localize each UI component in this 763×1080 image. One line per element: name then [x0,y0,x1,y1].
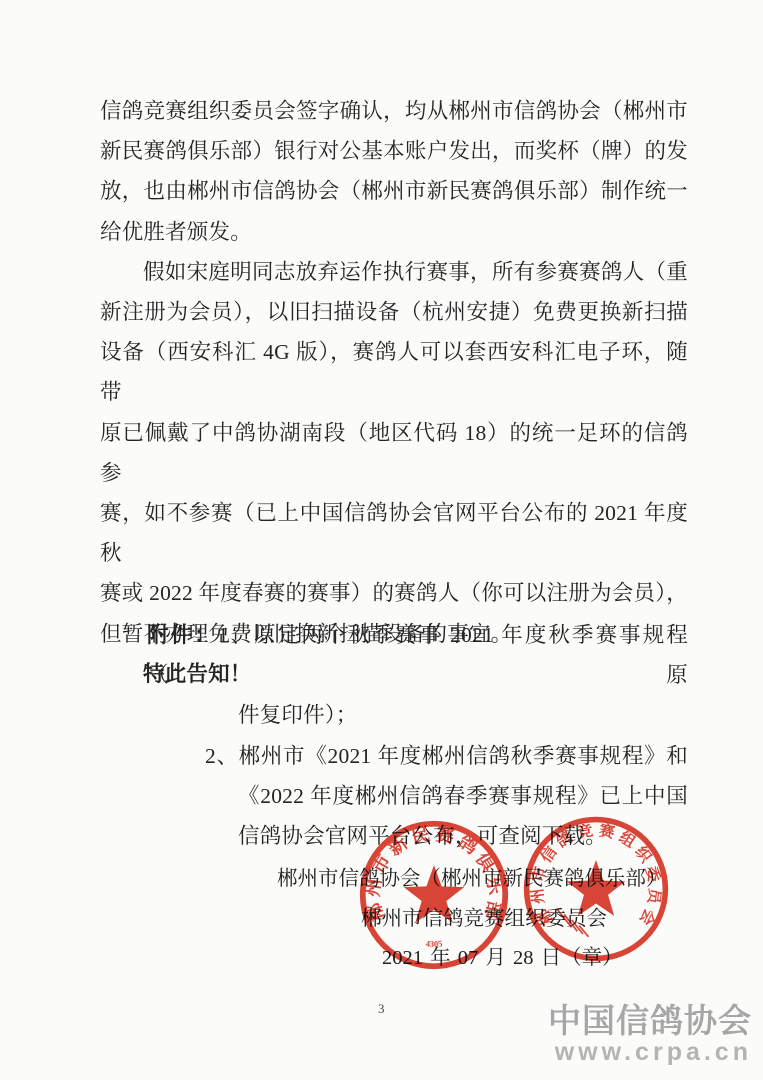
attachment-line: 附件：1、原定两个秋季赛事 2021 年度秋季赛事规程（原 [147,615,688,695]
document-page: 信鸽竞赛组织委员会签字确认，均从郴州市信鸽协会（郴州市 新民赛鸽俱乐部）银行对公… [0,0,763,1080]
attachment-line: 2、郴州市《2021 年度郴州信鸽秋季赛事规程》和 [205,736,688,776]
body-text: 信鸽竞赛组织委员会签字确认，均从郴州市信鸽协会（郴州市 新民赛鸽俱乐部）银行对公… [100,91,688,694]
watermark: 中国信鸽协会 www.crpa.cn [548,1003,752,1066]
paragraph-line: 给优胜者颁发。 [100,212,688,252]
paragraph-line: 原已佩戴了中鸽协湖南段（地区代码 18）的统一足环的信鸽参 [100,413,688,493]
attachment-line: 件复印件）； [238,695,763,735]
svg-text:4305: 4305 [425,938,443,949]
paragraph-line: 设备（西安科汇 4G 版），赛鸽人可以套西安科汇电子环，随带 [100,332,688,412]
seal-club-stamp: 郴州市新民赛鸽俱乐部 4305 [357,818,511,972]
paragraph-line: 假如宋庭明同志放弃运作执行赛事，所有参赛赛鸽人（重 [100,252,688,292]
paragraph-line: 赛，如不参赛（已上中国信鸽协会官网平台公布的 2021 年度秋 [100,493,688,573]
paragraph-line: 赛或 2022 年度春赛的赛事）的赛鸽人（你可以注册为会员）， [100,573,688,613]
watermark-url: www.crpa.cn [548,1039,752,1066]
watermark-title: 中国信鸽协会 [548,1003,752,1039]
seal-club-stamp-graphic: 郴州市新民赛鸽俱乐部 4305 [357,818,511,972]
page-number: 3 [378,1001,385,1017]
attachment-item-text: 1、原定两个秋季赛事 2021 年度秋季赛事规程（原 [147,623,688,687]
star-icon [567,860,626,916]
seal-guilloche-lines [557,909,589,937]
seal-committee-stamp: 郴州市信鸽竞赛组织委员会 [521,814,671,964]
paragraph-line: 信鸽竞赛组织委员会签字确认，均从郴州市信鸽协会（郴州市 [100,91,688,131]
seal-committee-stamp-graphic: 郴州市信鸽竞赛组织委员会 [521,814,671,964]
paragraph-line: 新民赛鸽俱乐部）银行对公基本账户发出，而奖杯（牌）的发 [100,131,688,171]
star-icon [404,865,464,922]
attachment-label: 附件： [147,623,218,647]
seal-code: 4305 [425,938,443,949]
paragraph-line: 新注册为会员），以旧扫描设备（杭州安捷）免费更换新扫描 [100,292,688,332]
paragraph-line: 放，也由郴州市信鸽协会（郴州市新民赛鸽俱乐部）制作统一 [100,171,688,211]
attachment-line: 《2022 年度郴州信鸽春季赛事规程》已上中国 [238,776,688,816]
